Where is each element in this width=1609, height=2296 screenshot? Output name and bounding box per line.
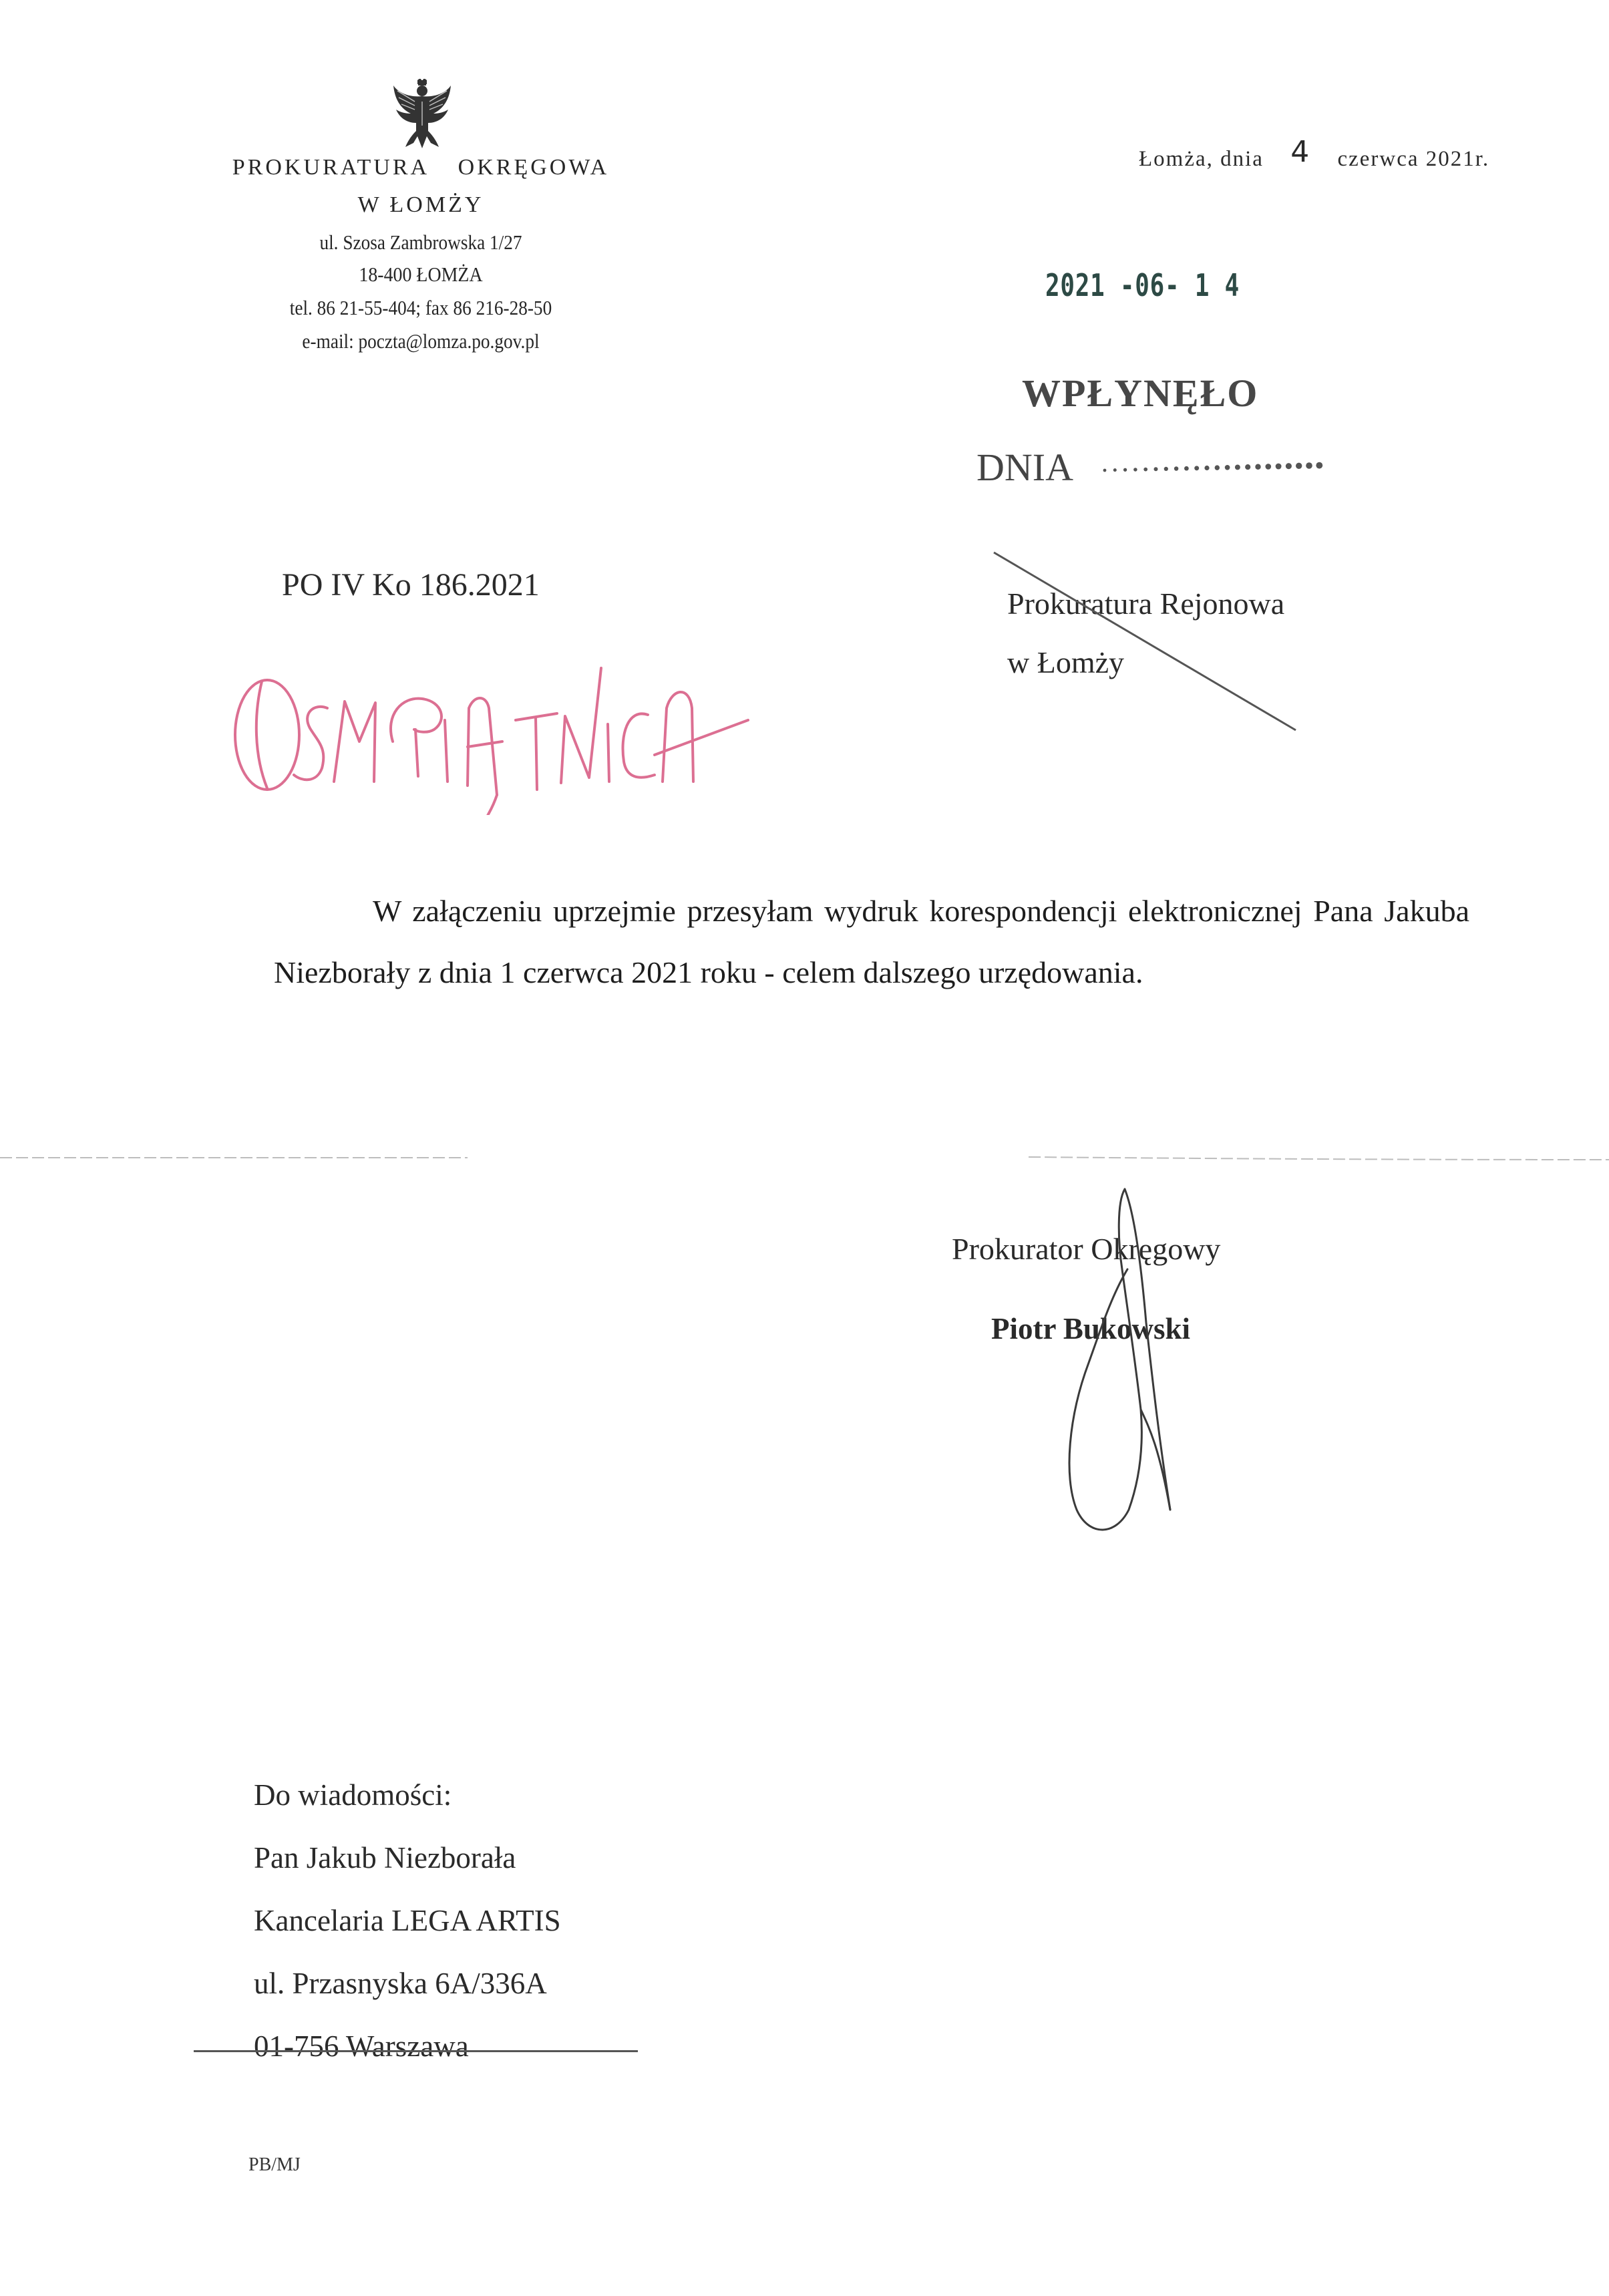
cc-recipient-street: ul. Przasnyska 6A/336A (254, 1952, 561, 2015)
institution-city: W ŁOMŻY (200, 192, 641, 218)
date-prefix: Łomża, dnia (1139, 147, 1264, 171)
cc-recipient-city: 01-756 Warszawa (254, 2015, 561, 2078)
letter-body: W załączeniu uprzejmie przesyłam wydruk … (274, 880, 1469, 1003)
case-reference: PO IV Ko 186.2021 (282, 566, 540, 603)
received-stamp-day-label: DNIA (976, 445, 1073, 490)
received-date-stamp: 2021 -06- 1 4 (1045, 267, 1240, 303)
stamp-dotted-line (1101, 461, 1328, 474)
handwritten-day: 4 (1270, 135, 1330, 169)
handwritten-signature (1029, 1162, 1216, 1536)
institution-name: PROKURATURA OKRĘGOWA (200, 155, 641, 180)
cc-recipient-firm: Kancelaria LEGA ARTIS (254, 1889, 561, 1952)
institution-email: e-mail: poczta@lomza.po.gov.pl (227, 329, 615, 353)
cc-recipient-name: Pan Jakub Niezborała (254, 1826, 561, 1889)
institution-phone: tel. 86 21-55-404; fax 86 216-28-50 (227, 296, 615, 320)
cc-block: Do wiadomości: Pan Jakub Niezborała Kanc… (254, 1764, 561, 2078)
paper-fold-line (0, 1154, 1609, 1161)
author-initials: PB/MJ (248, 2154, 301, 2176)
cc-label: Do wiadomości: (254, 1764, 561, 1826)
institution-zip-city: 18-400 ŁOMŻA (222, 263, 619, 287)
received-stamp-label: WPŁYNĘŁO (1022, 371, 1258, 416)
cc-underline (194, 2050, 638, 2052)
body-paragraph: W załączeniu uprzejmie przesyłam wydruk … (274, 880, 1469, 1003)
polish-eagle-emblem-icon (391, 79, 454, 150)
date-suffix: czerwca 2021r. (1337, 147, 1489, 171)
date-line: Łomża, dnia 4 czerwca 2021r. (1139, 139, 1489, 173)
institution-street: ul. Szosa Zambrowska 1/27 (227, 230, 615, 255)
addressee-strike-line (975, 534, 1309, 735)
handwritten-note: OSM PIĄTNICA (227, 641, 895, 815)
